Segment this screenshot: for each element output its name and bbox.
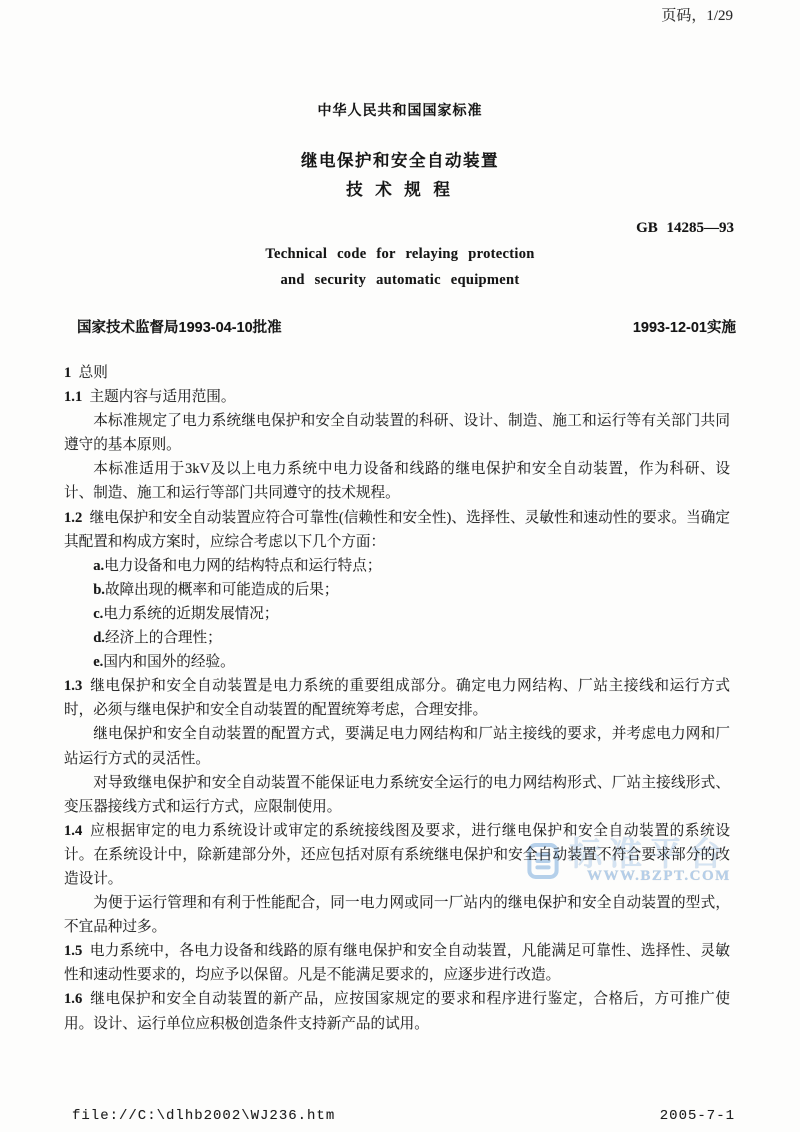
national-standard-heading: 中华人民共和国国家标准	[0, 100, 800, 120]
paragraph: 1 总则	[64, 361, 730, 385]
paragraph: 继电保护和安全自动装置的配置方式，要满足电力网结构和厂站主接线的要求，并考虑电力…	[64, 722, 730, 770]
standard-subtitle-cn: 技 术 规 程	[0, 176, 800, 200]
paragraph: 本标准规定了电力系统继电保护和安全自动装置的科研、设计、制造、施工和运行等有关部…	[64, 409, 730, 457]
english-title-line1: Technical code for relaying protection	[0, 246, 800, 263]
paragraph-number: b.	[93, 582, 105, 598]
paragraph-number: 1.2	[64, 510, 90, 526]
paragraph-number: 1.6	[64, 991, 90, 1007]
file-url: file://C:\dlhb2002\WJ236.htm	[72, 1108, 335, 1124]
paragraph-number: 1.1	[64, 389, 90, 405]
standard-number: GB 14285—93	[636, 220, 734, 237]
paragraph: 1.5 电力系统中，各电力设备和线路的原有继电保护和安全自动装置，凡能满足可靠性…	[64, 939, 730, 987]
page-number: 页码，1/29	[661, 8, 733, 24]
approval-text: 国家技术监督局1993-04-10批准	[64, 316, 282, 337]
paragraph: d.经济上的合理性；	[64, 626, 730, 650]
paragraph: b.故障出现的概率和可能造成的后果；	[64, 578, 730, 602]
paragraph: a.电力设备和电力网的结构特点和运行特点；	[64, 554, 730, 578]
paragraph: c.电力系统的近期发展情况；	[64, 602, 730, 626]
document-body: 1 总则1.1 主题内容与适用范围。本标准规定了电力系统继电保护和安全自动装置的…	[64, 361, 730, 1036]
paragraph: 为便于运行管理和有利于性能配合，同一电力网或同一厂站内的继电保护和安全自动装置的…	[64, 891, 730, 939]
paragraph-number: 1.5	[64, 943, 90, 959]
standard-title-cn: 继电保护和安全自动装置	[0, 147, 800, 171]
approval-row: 国家技术监督局1993-04-10批准 1993-12-01实施	[64, 316, 736, 337]
paragraph-number: 1	[64, 365, 79, 381]
implementation-date: 1993-12-01实施	[633, 316, 736, 337]
paragraph-number: 1.3	[64, 678, 90, 694]
paragraph: 1.6 继电保护和安全自动装置的新产品，应按国家规定的要求和程序进行鉴定，合格后…	[64, 987, 730, 1035]
paragraph: 1.2 继电保护和安全自动装置应符合可靠性(信赖性和安全性)、选择性、灵敏性和速…	[64, 506, 730, 554]
paragraph: 1.4 应根据审定的电力系统设计或审定的系统接线图及要求，进行继电保护和安全自动…	[64, 819, 730, 891]
paragraph-number: e.	[93, 654, 103, 670]
print-date: 2005-7-1	[660, 1108, 735, 1124]
paragraph: e.国内和国外的经验。	[64, 650, 730, 674]
page-footer: file://C:\dlhb2002\WJ236.htm 2005-7-1	[0, 1108, 800, 1124]
scanned-document-page: 页码，1/29 中华人民共和国国家标准 继电保护和安全自动装置 技 术 规 程 …	[0, 0, 800, 1132]
paragraph: 1.1 主题内容与适用范围。	[64, 385, 730, 409]
paragraph-number: d.	[93, 630, 105, 646]
english-title-line2: and security automatic equipment	[0, 272, 800, 289]
paragraph: 1.3 继电保护和安全自动装置是电力系统的重要组成部分。确定电力网结构、厂站主接…	[64, 674, 730, 722]
paragraph-number: a.	[93, 558, 104, 574]
page-header: 页码，1/29	[661, 4, 733, 25]
paragraph-number: 1.4	[64, 823, 90, 839]
paragraph-number: c.	[93, 606, 103, 622]
paragraph: 对导致继电保护和安全自动装置不能保证电力系统安全运行的电力网结构形式、厂站主接线…	[64, 771, 730, 819]
paragraph: 本标准适用于3kV及以上电力系统中电力设备和线路的继电保护和安全自动装置，作为科…	[64, 457, 730, 505]
